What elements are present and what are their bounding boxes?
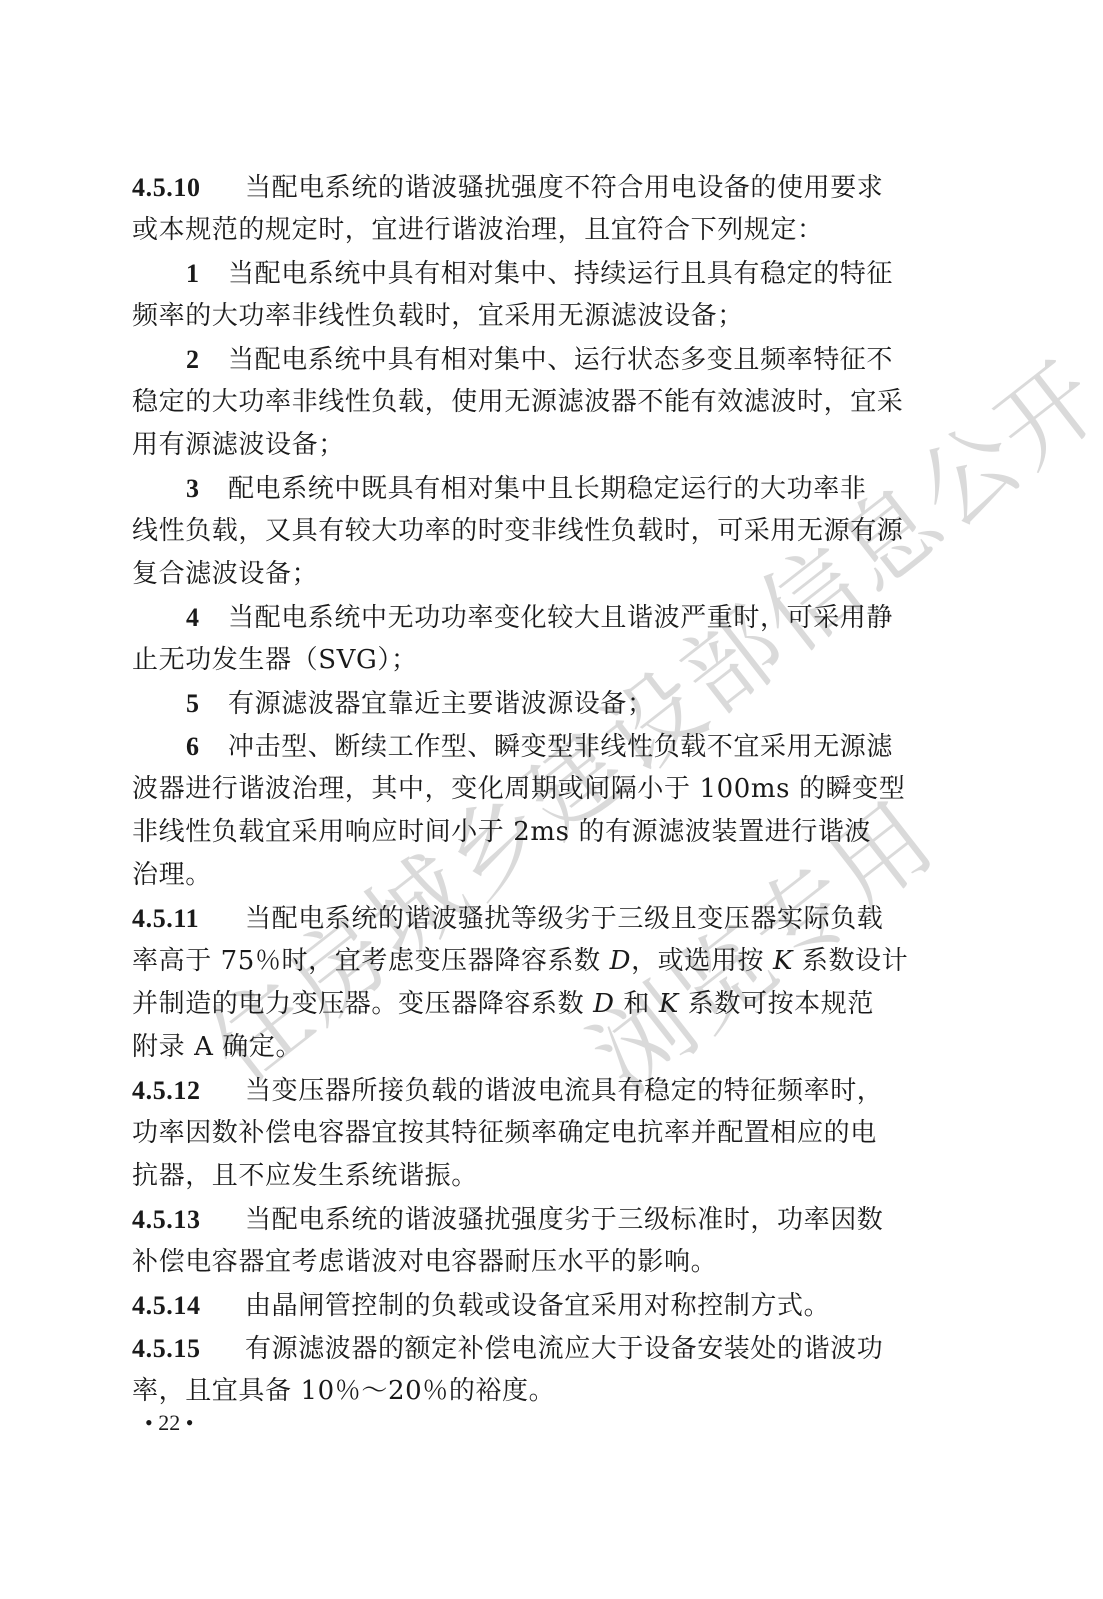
clause-text: 并制造的电力变压器。变压器降容系数 D 和 K 系数可按本规范	[132, 983, 932, 1026]
list-item-text: 稳定的大功率非线性负载，使用无源滤波器不能有效滤波时，宜采	[132, 381, 932, 424]
list-item-4: 4当配电系统中无功功率变化较大且谐波严重时，可采用静	[132, 596, 932, 639]
clause-text: 抗器，且不应发生系统谐振。	[132, 1155, 932, 1198]
clause-4-5-15: 4.5.15有源滤波器的额定补偿电流应大于设备安装处的谐波功	[132, 1327, 932, 1370]
clause-text: 功率因数补偿电容器宜按其特征频率确定电抗率并配置相应的电	[132, 1112, 932, 1155]
list-item-text: 止无功发生器（SVG）；	[132, 639, 932, 682]
clause-number: 4.5.13	[132, 1198, 245, 1241]
list-item-text: 线性负载，又具有较大功率的时变非线性负载时，可采用无源有源	[132, 510, 932, 553]
list-item-text: 波器进行谐波治理，其中，变化周期或间隔小于 100ms 的瞬变型	[132, 768, 932, 811]
list-item-text: 频率的大功率非线性负载时，宜采用无源滤波设备；	[132, 295, 932, 338]
list-item-3: 3配电系统中既具有相对集中且长期稳定运行的大功率非	[132, 467, 932, 510]
list-item-text: 非线性负载宜采用响应时间小于 2ms 的有源滤波装置进行谐波	[132, 811, 932, 854]
clause-number: 4.5.15	[132, 1327, 245, 1370]
clause-text: 补偿电容器宜考虑谐波对电容器耐压水平的影响。	[132, 1241, 932, 1284]
clause-4-5-14: 4.5.14由晶闸管控制的负载或设备宜采用对称控制方式。	[132, 1284, 932, 1327]
clause-text: 率，且宜具备 10％～20％的裕度。	[132, 1370, 932, 1413]
clause-4-5-13: 4.5.13当配电系统的谐波骚扰强度劣于三级标准时，功率因数	[132, 1198, 932, 1241]
clause-4-5-12: 4.5.12当变压器所接负载的谐波电流具有稳定的特征频率时，	[132, 1069, 932, 1112]
list-item-text: 用有源滤波设备；	[132, 424, 932, 467]
list-item-2: 2当配电系统中具有相对集中、运行状态多变且频率特征不	[132, 338, 932, 381]
list-item-1: 1当配电系统中具有相对集中、持续运行且具有稳定的特征	[132, 252, 932, 295]
clause-text: 或本规范的规定时，宜进行谐波治理，且宜符合下列规定：	[132, 209, 932, 252]
list-item-text: 复合滤波设备；	[132, 553, 932, 596]
clause-number: 4.5.12	[132, 1069, 245, 1112]
list-item-6: 6冲击型、断续工作型、瞬变型非线性负载不宜采用无源滤	[132, 725, 932, 768]
clause-number: 4.5.10	[132, 166, 245, 209]
clause-number: 4.5.11	[132, 897, 245, 940]
document-body: 4.5.10当配电系统的谐波骚扰强度不符合用电设备的使用要求 或本规范的规定时，…	[132, 166, 932, 1413]
clause-4-5-11: 4.5.11当配电系统的谐波骚扰等级劣于三级且变压器实际负载	[132, 897, 932, 940]
page-number: • 22 •	[145, 1410, 193, 1436]
clause-number: 4.5.14	[132, 1284, 245, 1327]
clause-text: 附录 A 确定。	[132, 1026, 932, 1069]
clause-text: 率高于 75％时，宜考虑变压器降容系数 D，或选用按 K 系数设计	[132, 940, 932, 983]
list-item-text: 治理。	[132, 854, 932, 897]
clause-4-5-10: 4.5.10当配电系统的谐波骚扰强度不符合用电设备的使用要求	[132, 166, 932, 209]
list-item-5: 5有源滤波器宜靠近主要谐波源设备；	[132, 682, 932, 725]
